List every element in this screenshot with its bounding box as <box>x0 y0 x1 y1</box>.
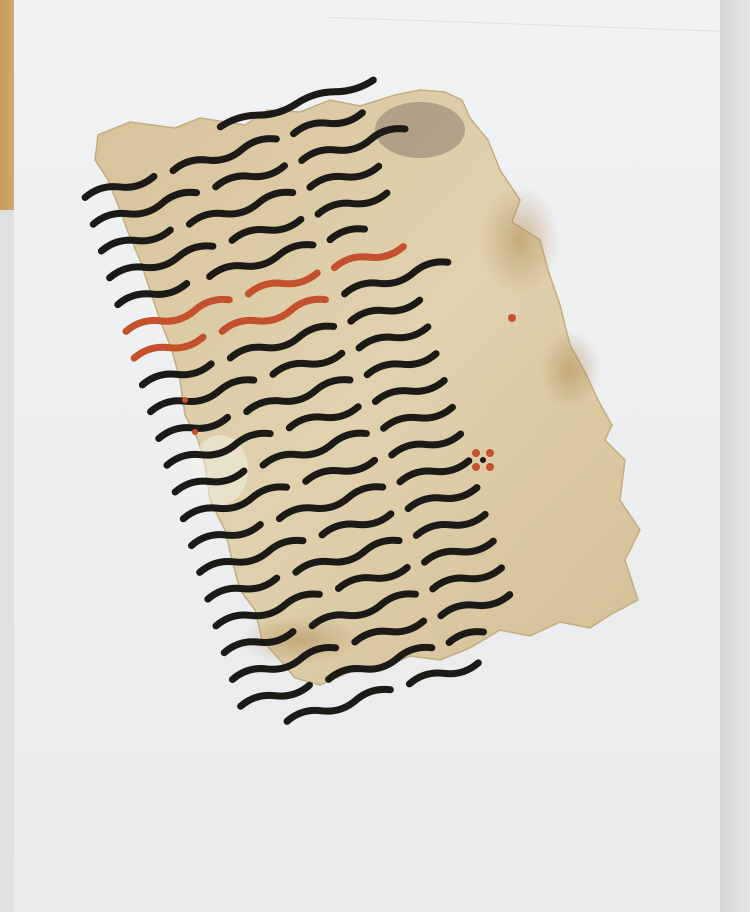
margin-mark <box>182 397 188 403</box>
margin-mark <box>508 314 516 322</box>
margin-mark <box>192 429 198 435</box>
manuscript-fragment <box>0 0 750 912</box>
